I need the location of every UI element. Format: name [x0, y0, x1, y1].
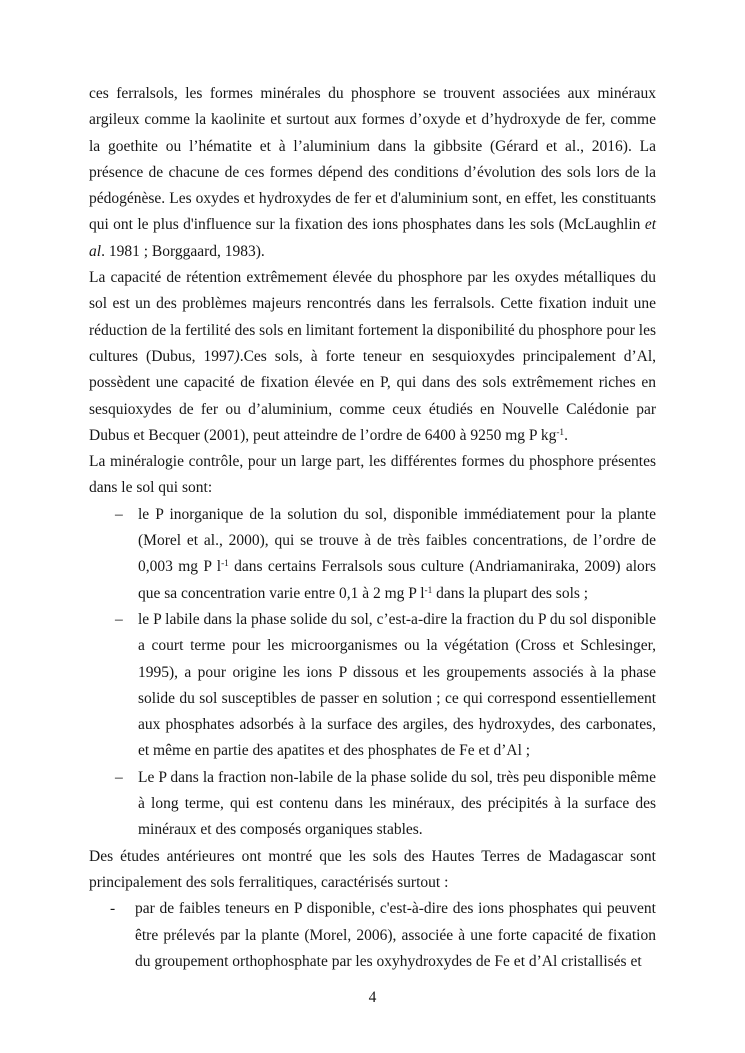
body-text: Le P dans la fraction non-labile de la p…: [138, 769, 656, 839]
list-item-text: le P inorganique de la solution du sol, …: [138, 502, 656, 607]
list-item-text: par de faibles teneurs en P disponible, …: [135, 896, 656, 975]
page-number: 4: [0, 988, 745, 1008]
paragraph: ces ferralsols, les formes minérales du …: [89, 81, 656, 265]
superscript-text: -1: [556, 428, 564, 438]
body-text: par de faibles teneurs en P disponible, …: [135, 900, 656, 970]
list-item: -par de faibles teneurs en P disponible,…: [89, 896, 656, 975]
body-text: La minéralogie contrôle, pour un large p…: [89, 453, 656, 496]
paragraph: La minéralogie contrôle, pour un large p…: [89, 449, 656, 502]
list-item-marker: -: [110, 896, 135, 975]
paragraph: Des études antérieures ont montré que le…: [89, 844, 656, 897]
body-text: ces ferralsols, les formes minérales du …: [89, 85, 656, 233]
list-item: –Le P dans la fraction non-labile de la …: [89, 765, 656, 844]
superscript-text: -1: [425, 586, 433, 596]
superscript-text: -1: [221, 559, 229, 569]
list-item-marker: –: [115, 765, 138, 844]
list-item-marker: –: [115, 607, 138, 765]
document-body: ces ferralsols, les formes minérales du …: [89, 81, 656, 975]
body-text: .: [564, 427, 568, 444]
list-item: –le P inorganique de la solution du sol,…: [89, 502, 656, 607]
body-text: dans la plupart des sols ;: [432, 585, 588, 602]
document-page: ces ferralsols, les formes minérales du …: [0, 0, 745, 1053]
list-item: –le P labile dans la phase solide du sol…: [89, 607, 656, 765]
body-text: Des études antérieures ont montré que le…: [89, 848, 656, 891]
list-item-text: le P labile dans la phase solide du sol,…: [138, 607, 656, 765]
paragraph: La capacité de rétention extrêmement éle…: [89, 265, 656, 449]
list-item-marker: –: [115, 502, 138, 607]
list-item-text: Le P dans la fraction non-labile de la p…: [138, 765, 656, 844]
body-text: . 1981 ; Borggaard, 1983).: [101, 243, 265, 260]
body-text: le P labile dans la phase solide du sol,…: [138, 611, 656, 759]
